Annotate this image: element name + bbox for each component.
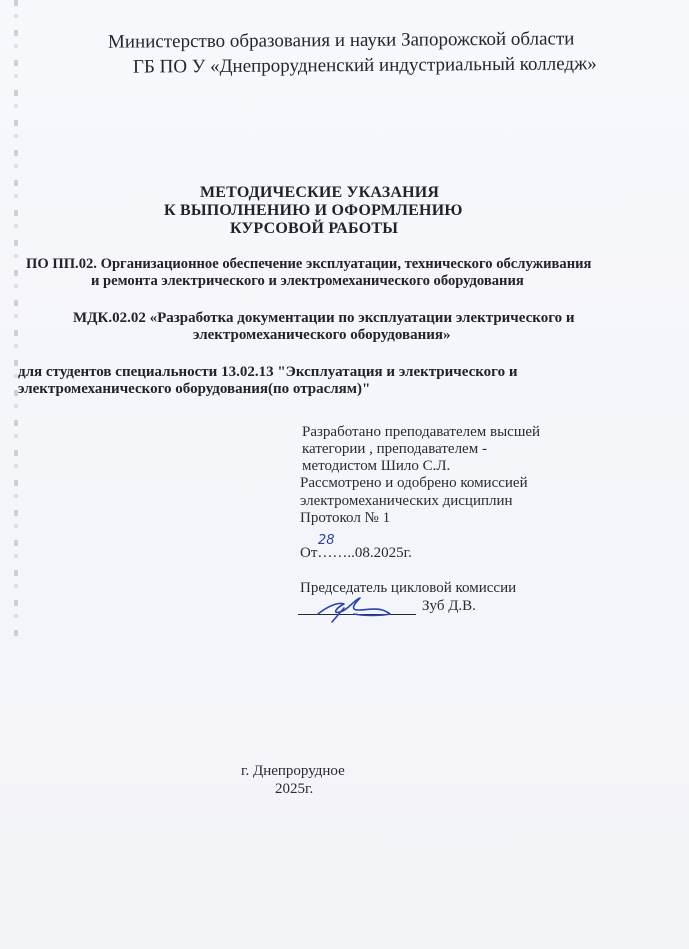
mdk-line-2: электромеханического оборудования»	[193, 327, 451, 344]
specialty-line-1: для студентов специальности 13.02.13 "Эк…	[18, 364, 518, 381]
protocol-date: От……..08.2025г.	[300, 545, 412, 562]
signature-icon	[314, 588, 394, 624]
subject-line-1: ПО ПП.02. Организационное обеспечение эк…	[26, 256, 591, 273]
approval-line-1: Разработано преподавателем высшей	[302, 424, 540, 441]
handwritten-day: 28	[318, 533, 335, 548]
mdk-line-1: МДК.02.02 «Разработка документации по эк…	[73, 310, 575, 327]
subject-line-2: и ремонта электрического и электромехани…	[91, 273, 524, 290]
title-line-3: КУРСОВОЙ РАБОТЫ	[230, 220, 398, 238]
specialty-line-2: электромеханического оборудования(по отр…	[18, 381, 370, 398]
year: 2025г.	[275, 781, 313, 798]
approval-line-4: Рассмотрено и одобрено комиссией	[300, 475, 528, 492]
scan-edge-artifact	[14, 0, 18, 640]
ministry-name: Министерство образования и науки Запорож…	[108, 28, 575, 53]
approval-line-2: категории , преподавателем -	[302, 441, 487, 458]
chair-name: Зуб Д.В.	[422, 598, 476, 615]
approval-line-5: электромеханических дисциплин	[300, 493, 513, 510]
title-line-2: К ВЫПОЛНЕНИЮ И ОФОРМЛЕНИЮ	[164, 202, 463, 220]
document-page: Министерство образования и науки Запорож…	[0, 0, 689, 949]
title-line-1: МЕТОДИЧЕСКИЕ УКАЗАНИЯ	[200, 184, 439, 202]
approval-line-6: Протокол № 1	[300, 510, 390, 527]
date-prefix: От	[300, 545, 317, 561]
approval-line-3: методистом Шило С.Л.	[302, 458, 450, 475]
city: г. Днепрорудное	[241, 763, 345, 780]
college-name: ГБ ПО У «Днепрорудненский индустриальный…	[133, 53, 597, 78]
